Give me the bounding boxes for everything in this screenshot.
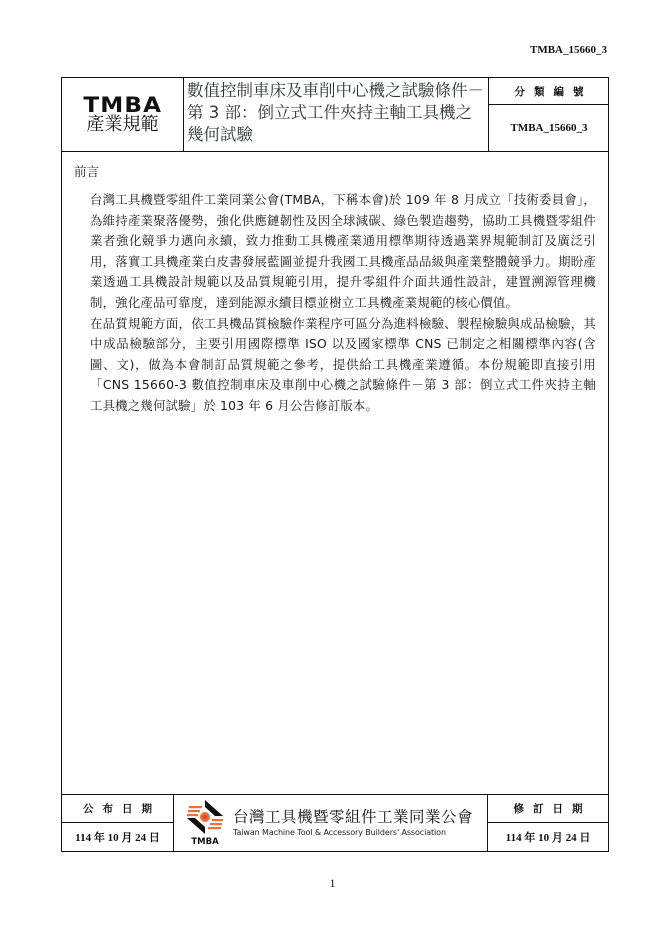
document-header: TMBA 產業規範 數值控制車床及車削中心機之試驗條件－第 3 部：倒立式工件夾… (62, 78, 608, 152)
page-number: 1 (0, 876, 665, 891)
publish-date-label: 公布日期 (62, 795, 173, 823)
association-name-zh: 台灣工具機暨零組件工業同業公會 (233, 807, 473, 827)
document-body: 前言 台灣工具機暨零組件工業同業公會(TMBA，下稱本會)於 109 年 8 月… (62, 151, 608, 796)
association-name-en: Taiwan Machine Tool & Accessory Builders… (233, 827, 473, 839)
classification-label: 分類編號 (489, 78, 609, 105)
logo-subtitle: 產業規範 (87, 115, 159, 135)
association-banner: TMBA 台灣工具機暨零組件工業同業公會 Taiwan Machine Tool… (173, 795, 489, 851)
revise-date-label: 修訂日期 (488, 795, 608, 823)
tmba-standard-logo: TMBA 產業規範 (62, 78, 184, 151)
association-name: 台灣工具機暨零組件工業同業公會 Taiwan Machine Tool & Ac… (233, 807, 473, 839)
section-title: 前言 (74, 162, 596, 180)
publish-date-box: 公布日期 114 年 10 月 24 日 (62, 795, 174, 851)
document-footer: 公布日期 114 年 10 月 24 日 TMBA (62, 794, 608, 851)
logo-tmba-text: TMBA (83, 95, 162, 115)
publish-date-value: 114 年 10 月 24 日 (62, 823, 173, 850)
document-code: TMBA_15660_3 (530, 44, 607, 56)
revise-date-box: 修訂日期 114 年 10 月 24 日 (487, 795, 608, 851)
classification-box: 分類編號 TMBA_15660_3 (489, 78, 609, 151)
paragraph: 在品質規範方面，依工具機品質檢驗作業程序可區分為進料檢驗、製程檢驗與成品檢驗，其… (90, 314, 596, 417)
document-title: 數值控制車床及車削中心機之試驗條件－第 3 部：倒立式工件夾持主軸工具機之幾何試… (183, 78, 489, 151)
revise-date-value: 114 年 10 月 24 日 (488, 823, 608, 850)
association-logo-text: TMBA (185, 837, 225, 847)
gear-emblem-icon (185, 799, 225, 835)
classification-value: TMBA_15660_3 (489, 105, 609, 150)
paragraph: 台灣工具機暨零組件工業同業公會(TMBA，下稱本會)於 109 年 8 月成立「… (90, 190, 596, 314)
document-frame: TMBA 產業規範 數值控制車床及車削中心機之試驗條件－第 3 部：倒立式工件夾… (61, 77, 609, 852)
association-logo-icon: TMBA (185, 799, 225, 847)
